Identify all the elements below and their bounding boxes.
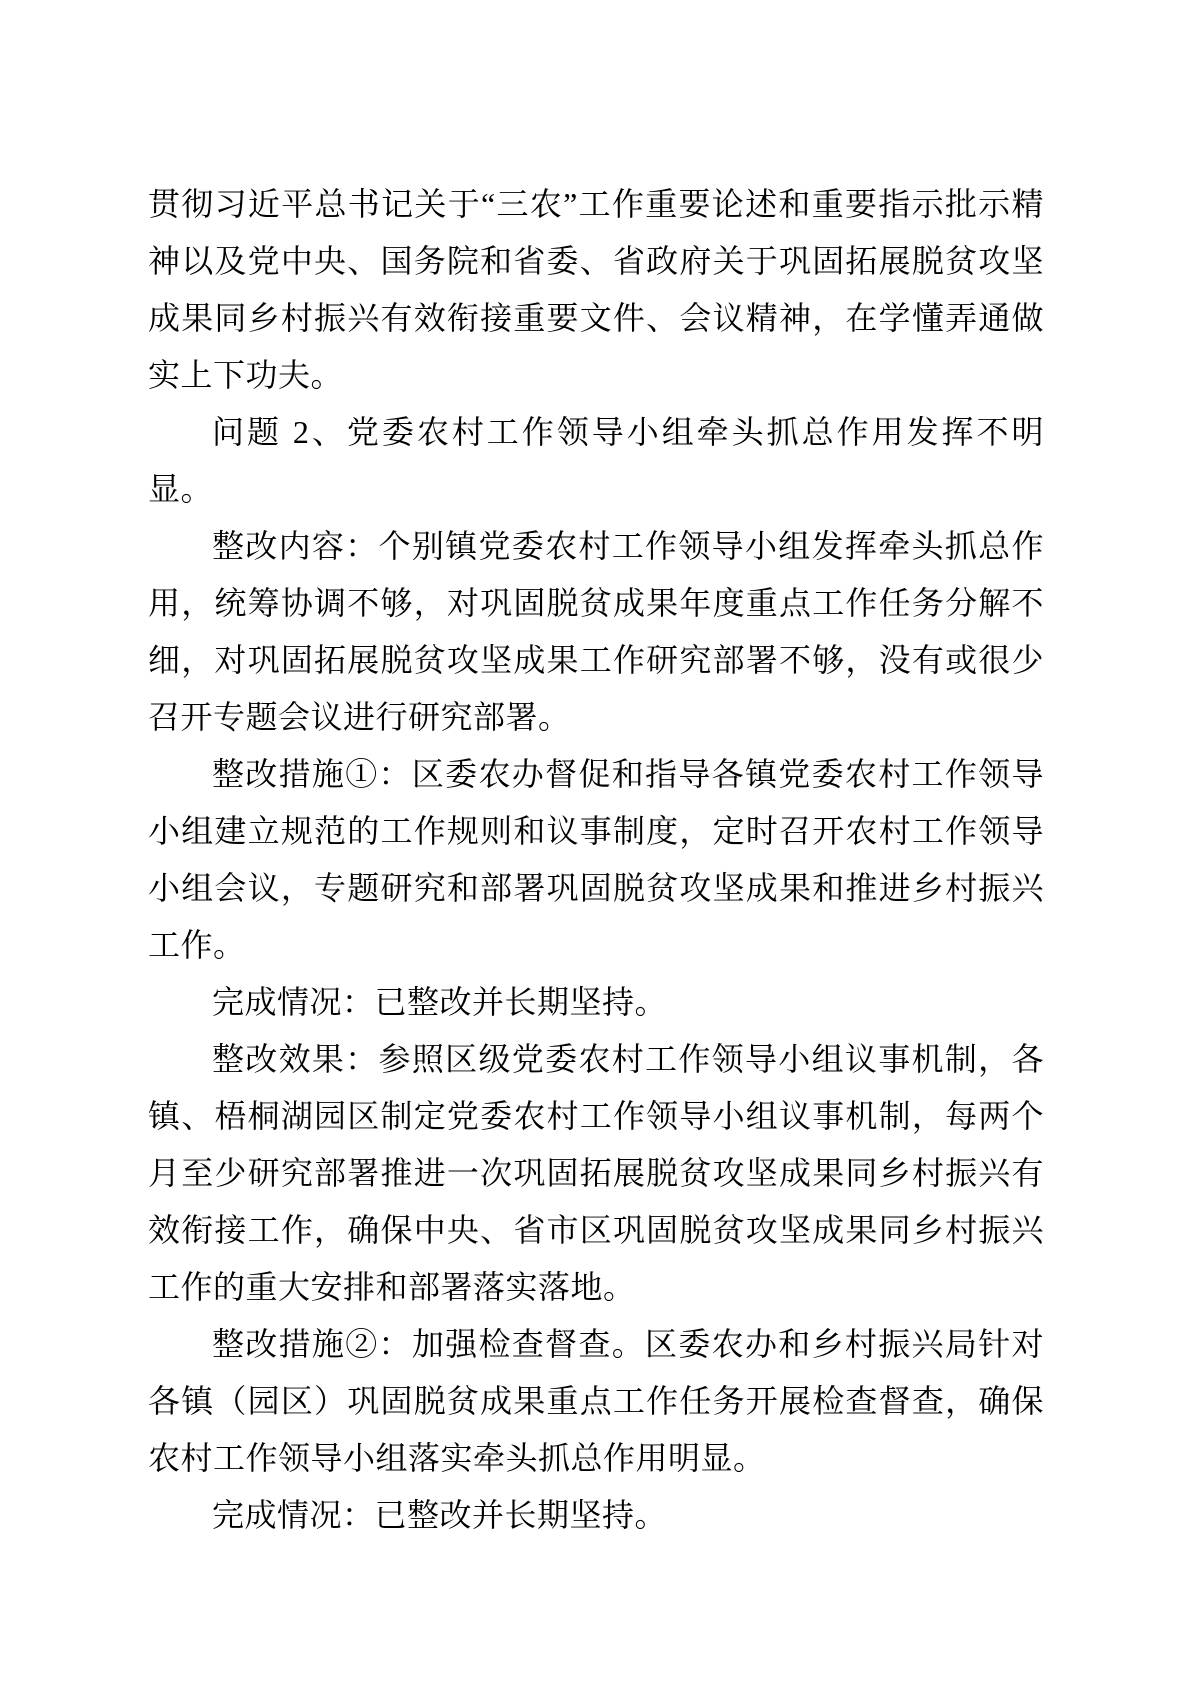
paragraph-rectification-measure-1: 整改措施①：区委农办督促和指导各镇党委农村工作领导小组建立规范的工作规则和议事制… [148,746,1044,974]
paragraph-rectification-content: 整改内容：个别镇党委农村工作领导小组发挥牵头抓总作用，统筹协调不够，对巩固脱贫成… [148,518,1044,746]
document-body: 贯彻习近平总书记关于“三农”工作重要论述和重要指示批示精神以及党中央、国务院和省… [148,176,1044,1544]
paragraph-completion-status-1: 完成情况：已整改并长期坚持。 [148,974,1044,1031]
paragraph-problem-2-title: 问题 2、党委农村工作领导小组牵头抓总作用发挥不明显。 [148,404,1044,518]
paragraph-rectification-effect: 整改效果：参照区级党委农村工作领导小组议事机制，各镇、梧桐湖园区制定党委农村工作… [148,1031,1044,1316]
document-page: 贯彻习近平总书记关于“三农”工作重要论述和重要指示批示精神以及党中央、国务院和省… [0,0,1190,1683]
paragraph-continuation-spirit: 贯彻习近平总书记关于“三农”工作重要论述和重要指示批示精神以及党中央、国务院和省… [148,176,1044,404]
paragraph-completion-status-2: 完成情况：已整改并长期坚持。 [148,1487,1044,1544]
paragraph-rectification-measure-2: 整改措施②：加强检查督查。区委农办和乡村振兴局针对各镇（园区）巩固脱贫成果重点工… [148,1316,1044,1487]
